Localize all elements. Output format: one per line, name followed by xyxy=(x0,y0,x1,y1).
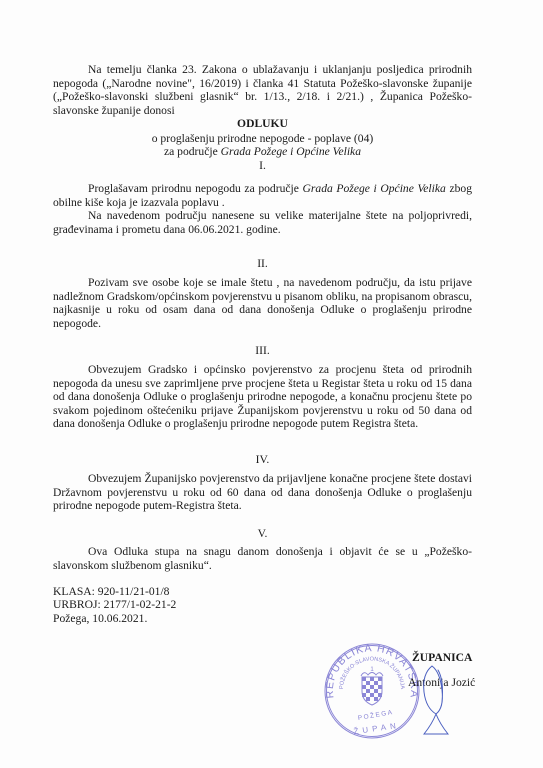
section-3-body: Obvezujem Gradsko i općinsko povjerenstv… xyxy=(53,363,472,431)
section-numeral-5: V. xyxy=(53,527,472,541)
section-1-paragraph-1: Proglašavam prirodnu nepogodu za područj… xyxy=(53,182,472,209)
section-3-text: Obvezujem Gradsko i općinsko povjerenstv… xyxy=(53,363,472,431)
p1-area: Grada Požege i Općine Velika xyxy=(303,182,446,195)
place-date: Požega, 10.06.2021. xyxy=(53,612,147,626)
p1-prefix: Proglašavam prirodnu nepogodu za područj… xyxy=(88,182,303,195)
document-page: Na temelju članka 23. Zakona o ublažavan… xyxy=(0,0,543,768)
urbroj: URBROJ: 2177/1-02-21-2 xyxy=(53,598,176,612)
section-numeral-1: I. xyxy=(53,159,472,173)
area-names: Grada Požege i Općine Velika xyxy=(221,145,361,158)
official-stamp-icon: REPUBLIKA HRVATSKA POŽEŠKO-SLAVONSKA ŽUP… xyxy=(322,641,422,741)
section-5-text: Ova Odluka stupa na snagu danom donošenj… xyxy=(53,545,472,572)
klasa: KLASA: 920-11/21-01/8 xyxy=(53,585,169,599)
section-4-text: Obvezujem Županijsko povjerenstvo da pri… xyxy=(53,472,472,513)
section-numeral-3: III. xyxy=(53,344,472,358)
signature-icon xyxy=(418,662,452,742)
decision-subtitle: o proglašenju prirodne nepogode - poplav… xyxy=(53,132,472,146)
section-4-body: Obvezujem Županijsko povjerenstvo da pri… xyxy=(53,472,472,513)
section-numeral-2: II. xyxy=(53,257,472,271)
area-prefix: za područje xyxy=(164,145,221,158)
section-5-body: Ova Odluka stupa na snagu danom donošenj… xyxy=(53,545,472,572)
section-2-body: Pozivam sve osobe koje se imale štetu , … xyxy=(53,276,472,330)
decision-title: ODLUKU xyxy=(53,117,472,131)
svg-text:ŽUPAN: ŽUPAN xyxy=(353,721,400,736)
section-1-paragraph-2: Na navedenom području nanesene su velike… xyxy=(53,209,472,236)
section-2-text: Pozivam sve osobe koje se imale štetu , … xyxy=(53,276,472,330)
preamble-text: Na temelju članka 23. Zakona o ublažavan… xyxy=(53,63,472,117)
section-numeral-4: IV. xyxy=(53,453,472,467)
section-1-body: Proglašavam prirodnu nepogodu za područj… xyxy=(53,182,472,236)
preamble: Na temelju članka 23. Zakona o ublažavan… xyxy=(53,63,472,117)
svg-text:POŽEGA: POŽEGA xyxy=(357,707,394,722)
decision-area: za područje Grada Požege i Općine Velika xyxy=(53,145,472,159)
